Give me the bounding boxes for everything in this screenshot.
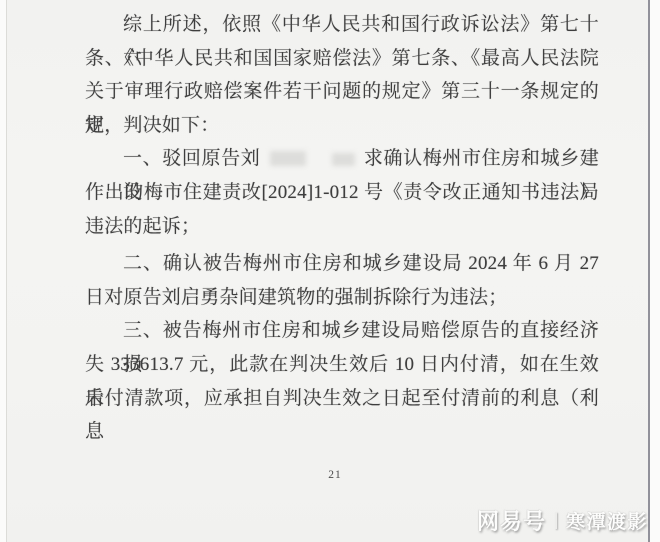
text-before-redaction: 一、驳回原告刘 xyxy=(123,148,260,169)
text-line-with-redaction: 一、驳回原告刘求确认梅州市住房和城乡建设局 xyxy=(85,142,599,176)
watermark-divider xyxy=(555,512,557,529)
text-line: 失 333613.7 元，此款在判决生效后 10 日内付清，如在生效后 xyxy=(85,348,599,382)
text-line: 条、《中华人民共和国国家赔偿法》第七条、《最高人民法院 xyxy=(85,42,599,76)
watermark-account-name: 寒潭渡影 xyxy=(566,507,648,534)
scanned-document-page: 综上所述，依照《中华人民共和国行政诉讼法》第七十六 条、《中华人民共和国国家赔偿… xyxy=(6,0,650,542)
text-line: 关于审理行政赔偿案件若干问题的规定》第三十一条规定的规 xyxy=(85,75,599,109)
text-line: 日对原告刘启勇杂间建筑物的强制拆除行为违法； xyxy=(85,281,599,315)
text-line: 未付清款项，应承担自判决生效之日起至付清前的利息（利息 xyxy=(85,382,599,416)
redacted-name-block xyxy=(270,151,306,166)
redacted-name-block xyxy=(332,153,355,166)
judgment-text-block: 综上所述，依照《中华人民共和国行政诉讼法》第七十六 条、《中华人民共和国国家赔偿… xyxy=(85,8,599,415)
screenshot-stage: 综上所述，依照《中华人民共和国行政诉讼法》第七十六 条、《中华人民共和国国家赔偿… xyxy=(0,0,660,542)
text-line: 二、确认被告梅州市住房和城乡建设局 2024 年 6 月 27 xyxy=(85,247,599,281)
text-line: 综上所述，依照《中华人民共和国行政诉讼法》第七十六 xyxy=(85,8,599,42)
page-number: 21 xyxy=(85,469,585,481)
netease-watermark: 网易号 寒潭渡影 xyxy=(477,505,648,536)
netease-logo: 网易号 xyxy=(477,505,546,536)
text-line: 违法的起诉； xyxy=(85,210,599,244)
text-line: 定，判决如下： xyxy=(85,109,599,143)
text-line: 三、被告梅州市住房和城乡建设局赔偿原告的直接经济损 xyxy=(85,314,599,348)
text-line: 作出的梅市住建责改[2024]1-012 号《责令改正通知书违法》 xyxy=(85,176,599,210)
